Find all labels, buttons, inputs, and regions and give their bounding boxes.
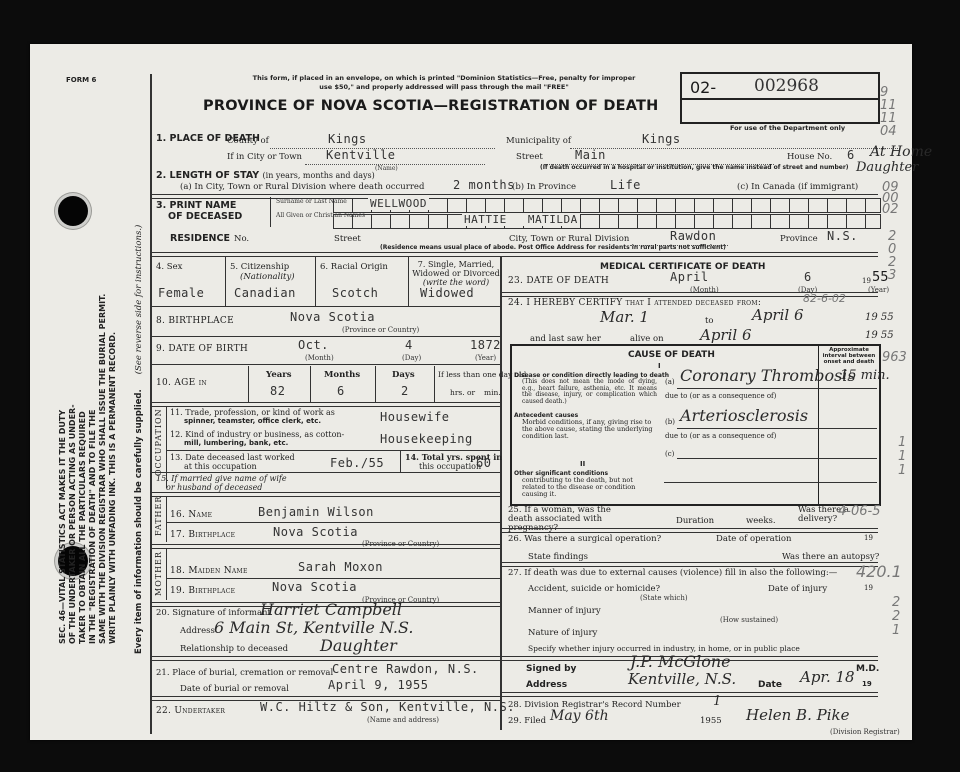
- death-day: 6: [804, 270, 812, 284]
- place-of-death-label: 1. PLACE OF DEATH: [156, 134, 216, 144]
- print-name-label: 3. PRINT NAME OF DECEASED: [156, 200, 242, 222]
- dob-day: 4: [405, 338, 413, 352]
- death-month: April: [670, 270, 709, 284]
- form-title: PROVINCE OF NOVA SCOTIA—REGISTRATION OF …: [203, 98, 658, 114]
- margin-codes-residence: 2 0 2 3: [888, 230, 896, 282]
- informant-address: 6 Main St, Kentville N.S.: [214, 618, 413, 637]
- mailing-notice: This form, if placed in an envelope, on …: [214, 74, 674, 92]
- given-names-value: HATTIE MATILDA: [462, 213, 580, 226]
- mother-birthplace: Nova Scotia: [272, 580, 357, 594]
- undertaker-value: W.C. Hiltz & Son, Kentville, N.S.: [260, 700, 515, 714]
- father-birthplace: Nova Scotia: [273, 525, 358, 539]
- filed-date: May 6th: [550, 708, 609, 724]
- physician-signature: J.P. McGlone: [630, 652, 731, 671]
- mother-maiden-name: Sarah Moxon: [298, 560, 383, 574]
- margin-code-963: 963: [882, 350, 907, 365]
- city-value: Kentville: [326, 148, 396, 162]
- house-number: 6: [847, 148, 855, 162]
- surname-value: WELLWOOD: [368, 197, 429, 210]
- age-days: 2: [401, 384, 409, 398]
- street-value: Main: [575, 148, 606, 162]
- cause-a-value: Coronary Thrombosis: [680, 366, 856, 385]
- dob-year: 1872: [470, 338, 501, 352]
- registration-prefix: 02-: [690, 78, 716, 97]
- informant-signature: Harriet Campbell: [260, 600, 402, 619]
- cause-a-interval: 15 min.: [840, 368, 890, 383]
- every-item-note: Every item of information should be care…: [134, 225, 144, 654]
- sex-value: Female: [158, 286, 204, 300]
- stay-city-value: 2 months: [453, 178, 515, 192]
- residence-province: N.S.: [827, 229, 858, 243]
- house-note: At Home: [870, 144, 932, 160]
- informant-relationship: Daughter: [320, 636, 397, 655]
- municipality-value: Kings: [642, 132, 681, 146]
- physician-address: Kentville, N.S.: [628, 670, 736, 688]
- age-code: 82-6-02: [803, 292, 846, 305]
- margin-codes-mid: 09 00 02: [882, 182, 899, 215]
- record-number: 1: [713, 694, 721, 709]
- margin-code-delivery: 4-06-5: [838, 504, 880, 519]
- burial-date: April 9, 1955: [328, 678, 428, 692]
- total-years-value: 60: [476, 456, 491, 470]
- residence-division: Rawdon: [670, 229, 716, 243]
- informant-relation-note: Daughter: [856, 160, 918, 175]
- marital-status-value: Widowed: [420, 286, 474, 300]
- death-registration-form: FORM 6 SEC. 46—VITAL STATISTICS ACT MAKE…: [30, 44, 912, 740]
- registrar-signature: Helen B. Pike: [746, 706, 849, 724]
- registration-number: 002968: [754, 76, 819, 96]
- margin-codes-top: 9 11 11 04: [880, 86, 910, 138]
- given-name-cells: [333, 214, 881, 229]
- father-name: Benjamin Wilson: [258, 505, 374, 519]
- death-year: 55: [872, 270, 889, 285]
- citizenship-value: Canadian: [234, 286, 296, 300]
- racial-origin-value: Scotch: [332, 286, 378, 300]
- certificate-date: Apr. 18: [800, 668, 855, 686]
- registration-number-box: 02- 002968: [680, 72, 880, 124]
- attended-from: Mar. 1: [600, 308, 649, 326]
- last-worked-value: Feb./55: [330, 456, 384, 470]
- side-notice: SEC. 46—VITAL STATISTICS ACT MAKES IT TH…: [58, 294, 118, 644]
- cause-of-death-box: CAUSE OF DEATH Approximate interval betw…: [510, 344, 881, 506]
- industry-value: Housekeeping: [380, 432, 473, 446]
- department-note: For use of the Department only: [730, 124, 845, 132]
- punch-hole: [58, 196, 88, 226]
- burial-place: Centre Rawdon, N.S.: [332, 662, 479, 676]
- county-value: Kings: [328, 132, 367, 146]
- trade-value: Housewife: [380, 410, 450, 424]
- cause-b-value: Arteriosclerosis: [680, 406, 808, 425]
- length-of-stay-label: 2. LENGTH OF STAY (in years, months and …: [156, 170, 375, 181]
- last-saw-alive: April 6: [700, 326, 752, 344]
- attended-to: April 6: [752, 306, 804, 324]
- stay-province-value: Life: [610, 178, 641, 192]
- margin-code-420: 420.1: [856, 562, 902, 581]
- age-months: 6: [337, 384, 345, 398]
- dob-month: Oct.: [298, 338, 329, 352]
- form-number: FORM 6: [66, 76, 96, 84]
- birthplace-value: Nova Scotia: [290, 310, 375, 324]
- age-years: 82: [270, 384, 285, 398]
